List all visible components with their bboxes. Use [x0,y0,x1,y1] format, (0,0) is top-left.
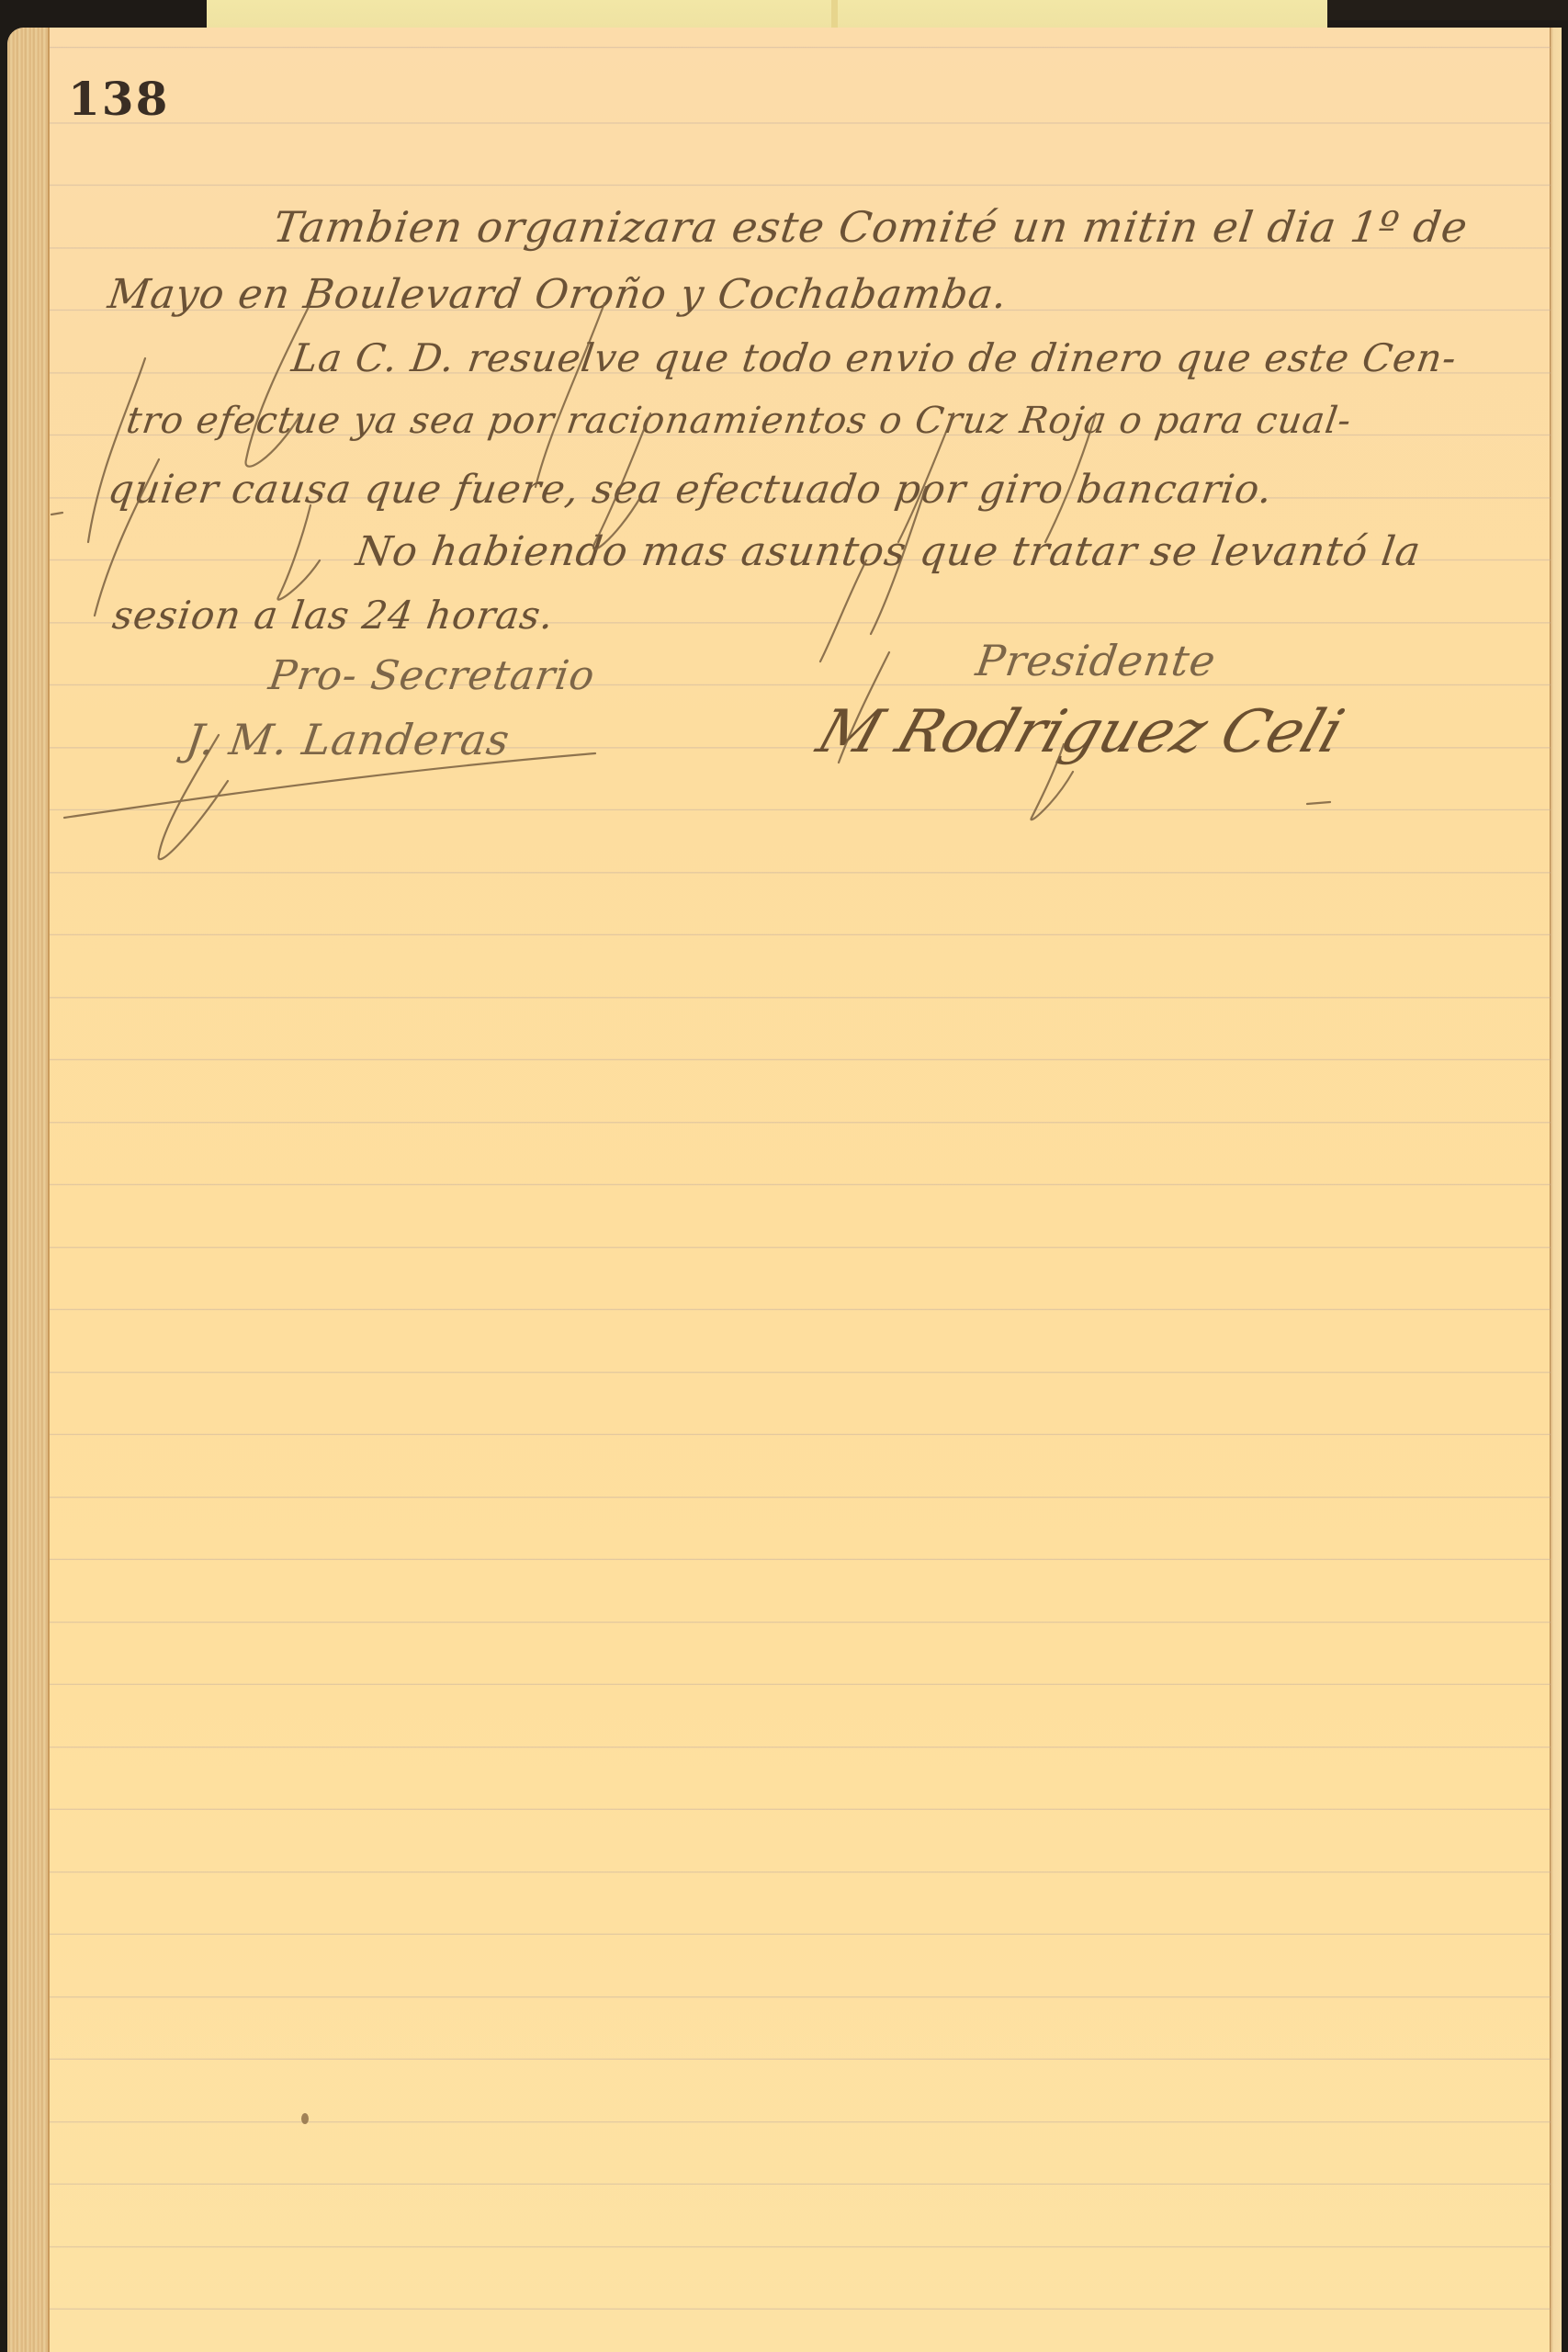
secretary-title: Pro- Secretario [265,652,598,699]
tab-divider [831,0,838,28]
body-line-7: sesion a las 24 horas. [110,593,558,638]
secretary-name: J. M. Landeras [183,715,513,764]
body-line-5: quier causa que fuere, sea efectuado por… [105,467,1275,513]
body-line-6: No habiendo mas asuntos que tratar se le… [353,528,1424,575]
page-stack-edges [7,28,50,2352]
body-line-3: La C. D. resuelve que todo envio de dine… [289,335,1461,380]
binding-corner [1327,0,1568,20]
body-line-4: tro efectue ya sea por racionamientos o … [124,400,1355,442]
ink-spot [301,2113,309,2124]
page-number: 138 [68,72,169,126]
president-title: Presidente [973,636,1219,685]
page-right-edge [1550,28,1562,2352]
body-line-1: Tambien organizara este Comité un mitin … [270,202,1471,252]
ledger-page: 138 Tambien organizara este Comité un mi… [7,28,1562,2352]
page-tab [207,0,1327,28]
president-signature: M Rodriguez Celi [809,698,1352,766]
body-line-2: Mayo en Boulevard Oroño y Cochabamba. [105,271,1010,318]
document-scan: 138 Tambien organizara este Comité un mi… [0,0,1568,2352]
